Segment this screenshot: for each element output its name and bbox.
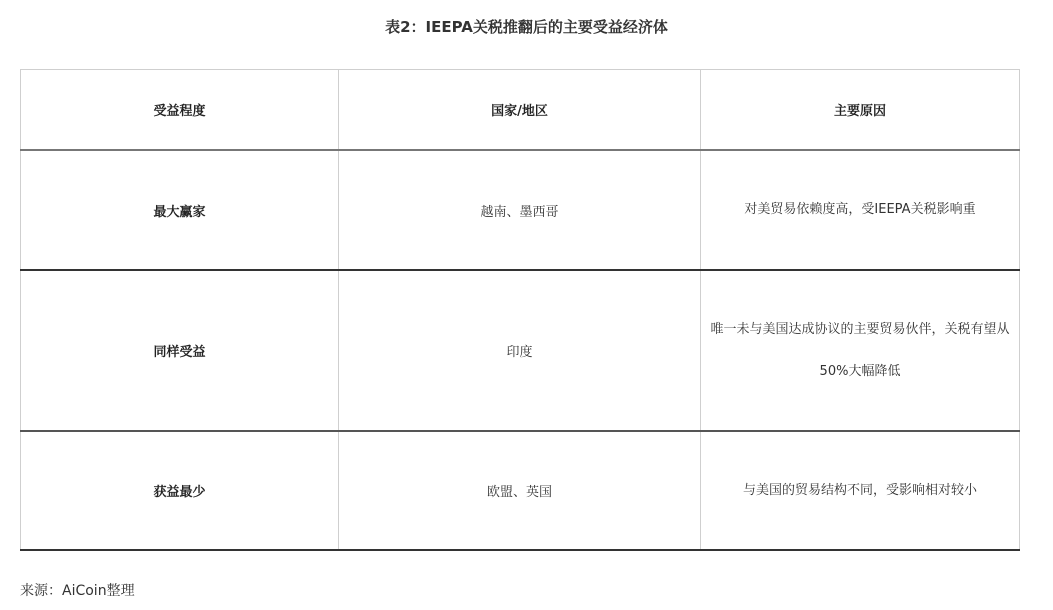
cell-reason: 对美贸易依赖度高，受IEEPA关税影响重: [701, 150, 1020, 270]
table-row: 最大赢家 越南、墨西哥 对美贸易依赖度高，受IEEPA关税影响重: [21, 150, 1020, 270]
table-header-row: 受益程度 国家/地区 主要原因: [21, 70, 1020, 151]
table-row: 获益最少 欧盟、英国 与美国的贸易结构不同，受影响相对较小: [21, 431, 1020, 550]
cell-level: 最大赢家: [21, 150, 339, 270]
cell-reason: 唯一未与美国达成协议的主要贸易伙伴，关税有望从50%大幅降低: [701, 270, 1020, 431]
cell-reason: 与美国的贸易结构不同，受影响相对较小: [701, 431, 1020, 550]
cell-level: 获益最少: [21, 431, 339, 550]
table-title: 表2：IEEPA关税推翻后的主要受益经济体: [0, 16, 1053, 37]
header-reason: 主要原因: [701, 70, 1020, 151]
beneficiary-table: 受益程度 国家/地区 主要原因 最大赢家 越南、墨西哥 对美贸易依赖度高，受IE…: [20, 69, 1020, 551]
cell-level: 同样受益: [21, 270, 339, 431]
cell-country: 越南、墨西哥: [339, 150, 701, 270]
header-level: 受益程度: [21, 70, 339, 151]
header-country: 国家/地区: [339, 70, 701, 151]
table-row: 同样受益 印度 唯一未与美国达成协议的主要贸易伙伴，关税有望从50%大幅降低: [21, 270, 1020, 431]
source-note: 来源：AiCoin整理: [20, 580, 135, 600]
cell-country: 欧盟、英国: [339, 431, 701, 550]
cell-country: 印度: [339, 270, 701, 431]
